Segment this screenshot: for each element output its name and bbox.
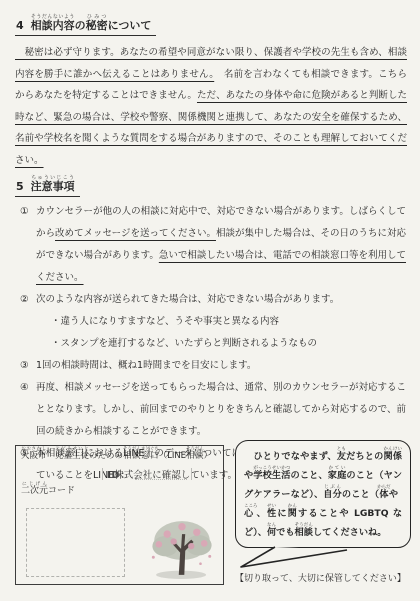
note-item-3: ③ 1回の相談時間は、概ね1時間までを目安にします。 <box>15 355 407 377</box>
contact-card: 大阪市おおさかし 児童生徒じどうせいとのための相談窓口そうだんまどぐち（LINE… <box>15 445 224 585</box>
bottom-section: 大阪市おおさかし 児童生徒じどうせいとのための相談窓口そうだんまどぐち（LINE… <box>15 445 411 585</box>
note-item-2-text: 次のような内容が送られてきた場合は、対応できない場合があります。 <box>36 289 407 311</box>
note-item-3-text: 1回の相談時間は、概ね1時間までを目安にします。 <box>36 355 407 377</box>
section5-number: 5 <box>16 180 24 193</box>
note-item-2-marker: ② <box>15 289 36 311</box>
id-field-right-tick <box>191 468 192 480</box>
scanned-document-page: 4相談内容そうだんないようの秘密ひみつについて 秘密は必ず守ります。あなたの希望… <box>0 0 420 601</box>
note-item-3-marker: ③ <box>15 355 36 377</box>
qr-code-placeholder <box>26 508 125 577</box>
section4-title: 相談内容そうだんないようの秘密ひみつについて <box>31 19 152 32</box>
id-field: ID： <box>102 467 223 481</box>
keep-note: 【切り取って、大切に保管してください】 <box>235 571 411 584</box>
speech-bubble-text: ひとりでなやまず、友ともだちとの関係かんけいや学校生活がっこうせいかつのこと、家… <box>244 451 402 538</box>
document-body: 4相談内容そうだんないようの秘密ひみつについて 秘密は必ず守ります。あなたの希望… <box>0 0 420 487</box>
section4-number: 4 <box>16 19 24 32</box>
speech-bubble-tail-icon <box>239 545 351 570</box>
speech-bubble: ひとりでなやまず、友ともだちとの関係かんけいや学校生活がっこうせいかつのこと、家… <box>235 440 411 548</box>
note-item-1-text: カウンセラーが他の人の相談に対応中で、対応できない場合があります。しばらくしてか… <box>36 201 407 289</box>
id-label: ID： <box>107 467 131 481</box>
qr-code-label: 二次元にじげんコード <box>21 482 223 499</box>
note-item-1-marker: ① <box>15 201 36 289</box>
section5-title: 注意事項ちゅういじこう <box>31 180 75 193</box>
id-field-left-tick <box>102 468 103 480</box>
note-item-4-text: 再度、相談メッセージを送ってもらった場合は、通常、別のカウンセラーが対応すること… <box>36 377 407 443</box>
section4-heading: 4相談内容そうだんないようの秘密ひみつについて <box>15 14 156 36</box>
bubble-column: ひとりでなやまず、友ともだちとの関係かんけいや学校生活がっこうせいかつのこと、家… <box>235 440 411 584</box>
section5-heading: 5注意事項ちゅういじこう <box>15 175 80 197</box>
cherry-tree-illustration <box>145 515 219 581</box>
contact-card-title: 大阪市おおさかし 児童生徒じどうせいとのための相談窓口そうだんまどぐち（LINE… <box>16 446 223 463</box>
note-item-1: ① カウンセラーが他の人の相談に対応中で、対応できない場合があります。しばらくし… <box>15 201 407 289</box>
note-item-2: ② 次のような内容が送られてきた場合は、対応できない場合があります。 <box>15 289 407 311</box>
id-blank-line <box>135 469 187 480</box>
note-item-2-bullet-2: ・スタンプを連打するなど、いたずらと判断されるようなもの <box>15 333 407 355</box>
note-item-4-marker: ④ <box>15 377 36 443</box>
note-item-2-bullet-1: ・違う人になりすますなど、うそや事実と異なる内容 <box>15 311 407 333</box>
note-item-4: ④ 再度、相談メッセージを送ってもらった場合は、通常、別のカウンセラーが対応する… <box>15 377 407 443</box>
section4-paragraph: 秘密は必ず守ります。あなたの希望や同意がない限り、保護者や学校の先生も含め、相談… <box>15 42 407 171</box>
